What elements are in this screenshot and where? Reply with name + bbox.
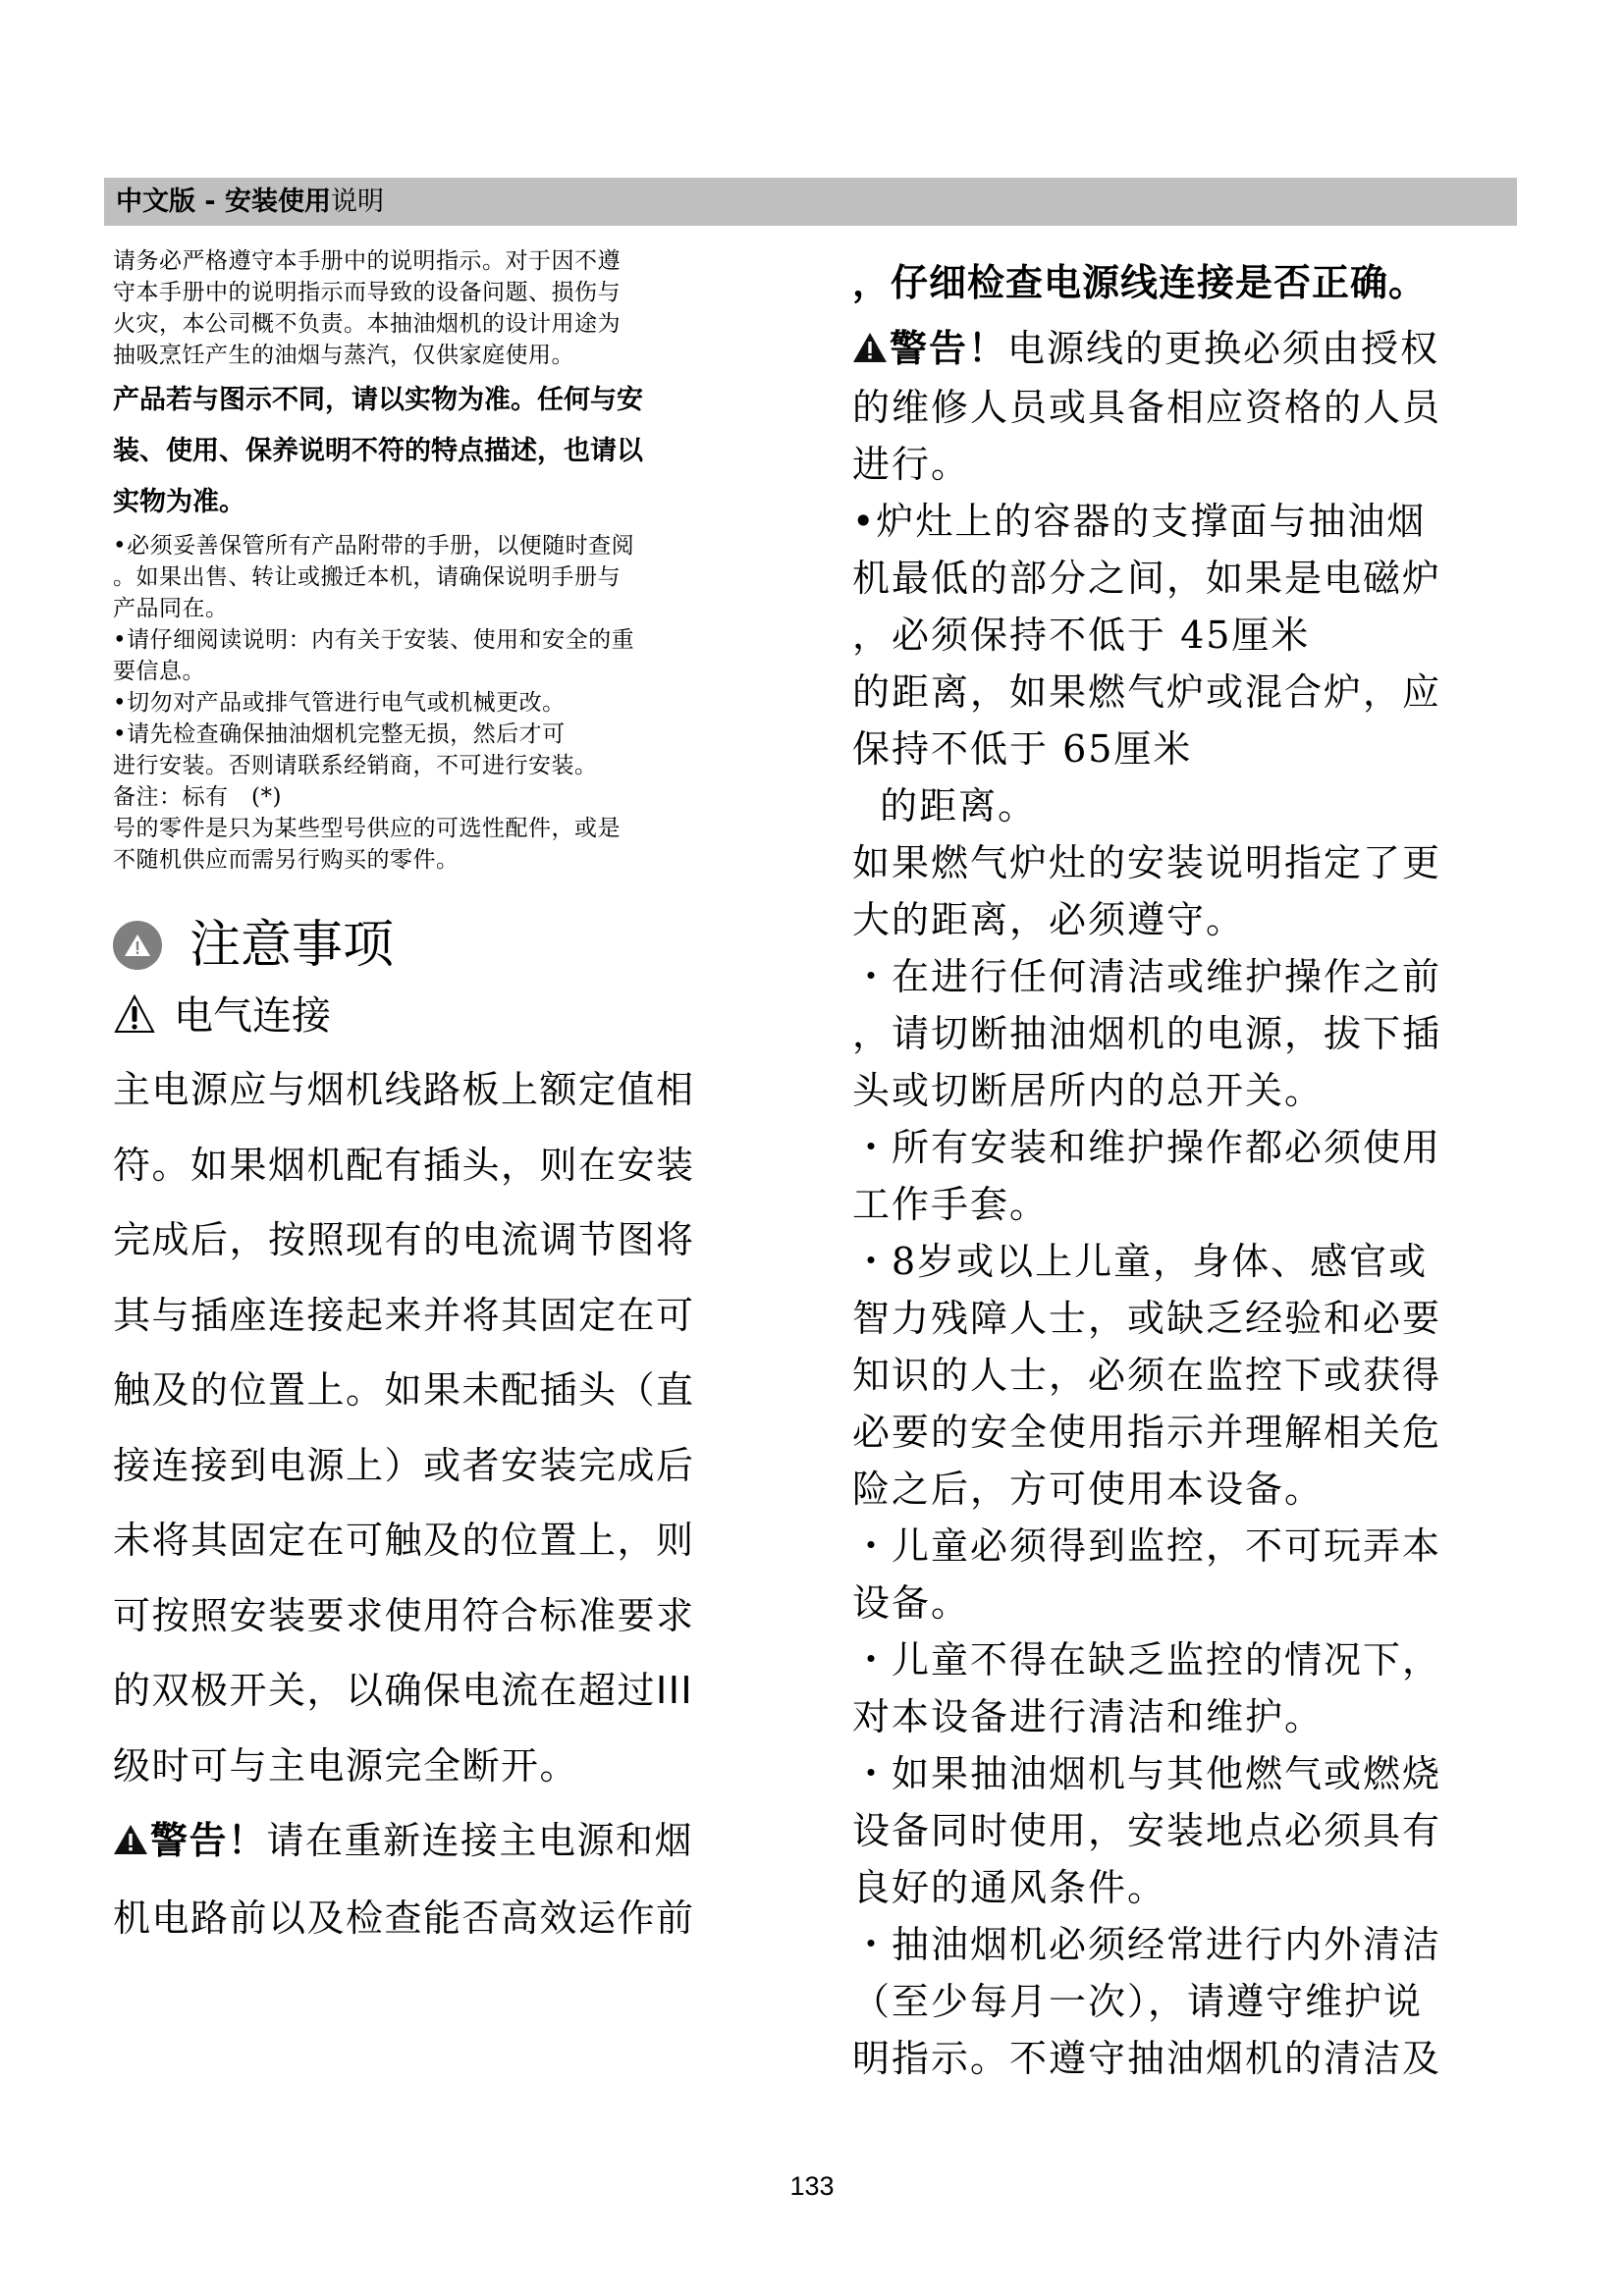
warning-label: 警告！ bbox=[890, 327, 1007, 370]
electrical-line: 符。如果烟机配有插头，则在安装 bbox=[113, 1128, 781, 1203]
bullet-line: 产品同在。 bbox=[113, 593, 781, 624]
safety-line: 设备同时使用，安装地点必须具有 bbox=[852, 1802, 1530, 1859]
safety-list: •炉灶上的容器的支撑面与抽油烟 机最低的部分之间，如果是电磁炉 ，必须保持不低于… bbox=[852, 493, 1530, 2087]
safety-line: ・抽油烟机必须经常进行内外清洁 bbox=[852, 1916, 1530, 1973]
safety-line: 头或切断居所内的总开关。 bbox=[852, 1062, 1530, 1119]
warning-triangle-outline-icon bbox=[113, 993, 156, 1040]
product-note-line: 实物为准。 bbox=[113, 477, 781, 528]
safety-line: ・如果抽油烟机与其他燃气或燃烧 bbox=[852, 1745, 1530, 1802]
intro-paragraph: 请务必严格遵守本手册中的说明指示。对于因不遵 守本手册中的说明指示而导致的设备问… bbox=[113, 245, 781, 371]
safety-line: 良好的通风条件。 bbox=[852, 1859, 1530, 1916]
header-title-regular: 说明 bbox=[331, 187, 384, 217]
bullet-line: 不随机供应而需另行购买的零件。 bbox=[113, 844, 781, 876]
safety-line: 机最低的部分之间，如果是电磁炉 bbox=[852, 550, 1530, 607]
safety-line: ・儿童不得在缺乏监控的情况下， bbox=[852, 1631, 1530, 1688]
bullet-line: 进行安装。否则请联系经销商，不可进行安装。 bbox=[113, 750, 781, 781]
safety-line: （至少每月一次），请遵守维护说 bbox=[852, 1973, 1530, 2030]
bullet-line: •切勿对产品或排气管进行电气或机械更改。 bbox=[113, 687, 781, 719]
right-column: ，仔细检查电源线连接是否正确。 警告！电源线的更换必须由授权 的维修人员或具备相… bbox=[852, 257, 1530, 2087]
warning-block: 警告！电源线的更换必须由授权 的维修人员或具备相应资格的人员 进行。 bbox=[852, 320, 1530, 493]
electrical-line: 可按照安装要求使用符合标准要求 bbox=[113, 1578, 781, 1654]
warning-line: 进行。 bbox=[852, 436, 1530, 493]
warning-label: 警告！ bbox=[150, 1819, 267, 1862]
warning-triangle-filled-icon bbox=[113, 1805, 148, 1881]
electrical-line: 主电源应与烟机线路板上额定值相 bbox=[113, 1052, 781, 1128]
warning-block: 警告！请在重新连接主电源和烟 机电路前以及检查能否高效运作前 bbox=[113, 1803, 781, 1955]
safety-line: 明指示。不遵守抽油烟机的清洁及 bbox=[852, 2030, 1530, 2087]
warning-text: 请在重新连接主电源和烟 bbox=[267, 1819, 694, 1862]
bullet-line: 备注：标有 (*) bbox=[113, 781, 781, 813]
product-note-line: 产品若与图示不同，请以实物为准。任何与安 bbox=[113, 375, 781, 426]
header-bar: 中文版 - 安装使用说明 bbox=[104, 178, 1517, 226]
intro-line: 抽吸烹饪产生的油烟与蒸汽，仅供家庭使用。 bbox=[113, 340, 781, 371]
left-column: 请务必严格遵守本手册中的说明指示。对于因不遵 守本手册中的说明指示而导致的设备问… bbox=[113, 245, 781, 1955]
electrical-line: 接连接到电源上）或者安装完成后 bbox=[113, 1428, 781, 1504]
electrical-line: 完成后，按照现有的电流调节图将 bbox=[113, 1202, 781, 1278]
safety-line: 的距离，如果燃气炉或混合炉，应 bbox=[852, 664, 1530, 721]
safety-line: 如果燃气炉灶的安装说明指定了更 bbox=[852, 834, 1530, 891]
safety-line: 智力残障人士，或缺乏经验和必要 bbox=[852, 1290, 1530, 1347]
safety-line: 险之后，方可使用本设备。 bbox=[852, 1461, 1530, 1518]
bullet-line: •必须妥善保管所有产品附带的手册，以便随时查阅 bbox=[113, 530, 781, 561]
page-number: 133 bbox=[0, 2171, 1624, 2202]
product-note: 产品若与图示不同，请以实物为准。任何与安 装、使用、保养说明不符的特点描述，也请… bbox=[113, 375, 781, 528]
safety-line: ・8岁或以上儿童，身体、感官或 bbox=[852, 1233, 1530, 1290]
safety-line: ，必须保持不低于 45厘米 bbox=[852, 607, 1530, 664]
section-title: 注意事项 bbox=[189, 916, 394, 975]
safety-line: ・在进行任何清洁或维护操作之前 bbox=[852, 948, 1530, 1005]
section-heading: 注意事项 bbox=[113, 911, 781, 980]
intro-line: 请务必严格遵守本手册中的说明指示。对于因不遵 bbox=[113, 245, 781, 277]
subsection-heading: 电气连接 bbox=[113, 986, 781, 1046]
bullet-list: •必须妥善保管所有产品附带的手册，以便随时查阅 。如果出售、转让或搬迁本机，请确… bbox=[113, 530, 781, 876]
warning-line: 警告！请在重新连接主电源和烟 bbox=[113, 1803, 781, 1881]
warning-circle-icon bbox=[113, 921, 162, 970]
continuation-line: ，仔细检查电源线连接是否正确。 bbox=[852, 257, 1530, 308]
warning-line: 的维修人员或具备相应资格的人员 bbox=[852, 379, 1530, 436]
bullet-line: 要信息。 bbox=[113, 656, 781, 687]
electrical-paragraph: 主电源应与烟机线路板上额定值相 符。如果烟机配有插头，则在安装 完成后，按照现有… bbox=[113, 1052, 781, 1803]
electrical-line: 其与插座连接起来并将其固定在可 bbox=[113, 1278, 781, 1354]
page-header-title: 中文版 - 安装使用说明 bbox=[116, 187, 384, 218]
safety-line: 大的距离，必须遵守。 bbox=[852, 891, 1530, 948]
safety-line: 工作手套。 bbox=[852, 1176, 1530, 1233]
safety-line: ，请切断抽油烟机的电源，拔下插 bbox=[852, 1005, 1530, 1062]
bullet-line: •请先检查确保抽油烟机完整无损，然后才可 bbox=[113, 719, 781, 750]
bullet-line: •请仔细阅读说明：内有关于安装、使用和安全的重 bbox=[113, 624, 781, 656]
safety-line: ・所有安装和维护操作都必须使用 bbox=[852, 1119, 1530, 1176]
safety-line: 知识的人士，必须在监控下或获得 bbox=[852, 1347, 1530, 1404]
header-title-bold: 中文版 - 安装使用 bbox=[116, 187, 331, 217]
electrical-line: 未将其固定在可触及的位置上，则 bbox=[113, 1503, 781, 1578]
safety-line: 设备。 bbox=[852, 1575, 1530, 1631]
safety-line: 保持不低于 65厘米 bbox=[852, 721, 1530, 777]
warning-triangle-filled-icon bbox=[852, 322, 888, 379]
safety-line: ・儿童必须得到监控，不可玩弄本 bbox=[852, 1518, 1530, 1575]
safety-line: 的距离。 bbox=[852, 777, 1530, 834]
product-note-line: 装、使用、保养说明不符的特点描述，也请以 bbox=[113, 426, 781, 477]
bullet-line: 。如果出售、转让或搬迁本机，请确保说明手册与 bbox=[113, 561, 781, 593]
electrical-line: 级时可与主电源完全断开。 bbox=[113, 1729, 781, 1804]
safety-line: •炉灶上的容器的支撑面与抽油烟 bbox=[852, 493, 1530, 550]
subsection-title: 电气连接 bbox=[174, 991, 331, 1041]
warning-line: 机电路前以及检查能否高效运作前 bbox=[113, 1881, 781, 1956]
bullet-line: 号的零件是只为某些型号供应的可选性配件，或是 bbox=[113, 813, 781, 844]
intro-line: 火灾，本公司概不负责。本抽油烟机的设计用途为 bbox=[113, 308, 781, 340]
safety-line: 必要的安全使用指示并理解相关危 bbox=[852, 1404, 1530, 1461]
electrical-line: 触及的位置上。如果未配插头（直 bbox=[113, 1353, 781, 1428]
intro-line: 守本手册中的说明指示而导致的设备问题、损伤与 bbox=[113, 277, 781, 308]
warning-text: 电源线的更换必须由授权 bbox=[1007, 327, 1439, 370]
electrical-line: 的双极开关，以确保电流在超过III bbox=[113, 1653, 781, 1729]
warning-line: 警告！电源线的更换必须由授权 bbox=[852, 320, 1530, 379]
safety-line: 对本设备进行清洁和维护。 bbox=[852, 1688, 1530, 1745]
